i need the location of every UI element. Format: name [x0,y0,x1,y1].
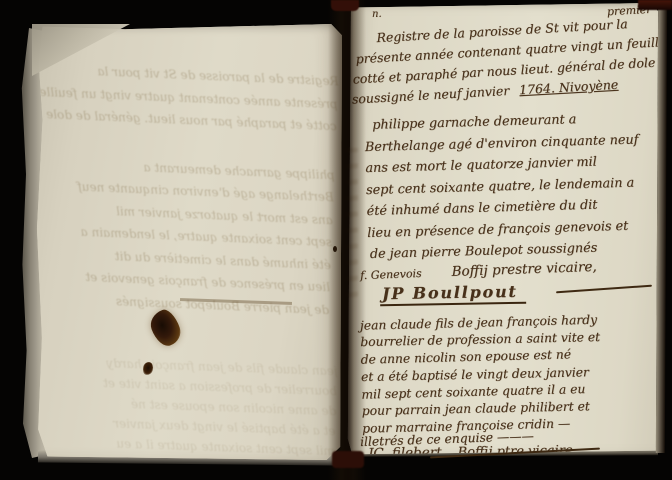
official-name-underlined: 1764. Nivoyène [519,77,619,98]
ghost-line: bourrelier de profession a saint vite et [41,371,338,401]
ghost-line: Berthelange agé d'environ cinquante neuf [34,174,335,209]
ghost-line: de anne nicolin son epouse est né [40,391,337,421]
ghost-line: ans est mort le quatorze janvier mil [33,196,334,231]
bleed-through-underline [180,298,292,304]
ghost-line: philippe garnache demeurant a [35,151,336,186]
register-header: premier Registre de la paroisse de St vi… [360,13,652,109]
folio-mark: n. [372,9,382,20]
signature-genevois: f. Genevois [360,267,422,282]
ink-speck [333,246,337,252]
ghost-line: été inhumé dans le cimetière du dit [31,241,332,276]
ghost-line: Registre de la paroisse de St vit pour l… [38,58,339,93]
right-page: n. premier Registre de la paroisse de St… [346,3,658,457]
burial-record: philippe garnache demeurant a Berthelang… [364,107,660,266]
ghost-line: pour parrain jean claude philibert et [38,451,335,480]
ghost-line: mil sept cent soixante quatre il a eu [39,431,336,461]
signature-boulepot: JP Boullpout [380,282,526,307]
baptism-record: jean claude fils de jean françois hardy … [360,311,654,438]
ghost-line: lieu en présence de françois genevois et [30,264,331,299]
manuscript-scan: Registre de la paroisse de St vit pour l… [0,0,672,480]
ghost-line: sept cent soixante quatre, le lendemain … [32,219,333,254]
ghost-line: et a été baptisé le vingt deux janvier [39,411,336,441]
signature-filebert: JC. filebert [368,445,442,462]
signature-vicar-2: Boffij ptre vicaire de saint vite [458,445,573,469]
gutter-ink-smudge [347,148,358,298]
signature-vicar-2-parish: de saint vite [502,456,573,468]
left-page: Registre de la paroisse de St vit pour l… [32,24,342,460]
binding-corner [638,0,672,10]
ghost-line: jean claude fils de jean françois hardy [41,351,338,381]
binding-top [331,0,359,11]
binding-bottom [332,451,364,468]
ghost-line: cotté et paraphé par nous lieut. général… [37,103,338,138]
book-fore-edge [656,5,667,453]
ghost-line: présente année contenant quatre vingt un… [38,80,339,115]
bleed-through-text-upper: Registre de la paroisse de St vit pour l… [29,58,339,321]
